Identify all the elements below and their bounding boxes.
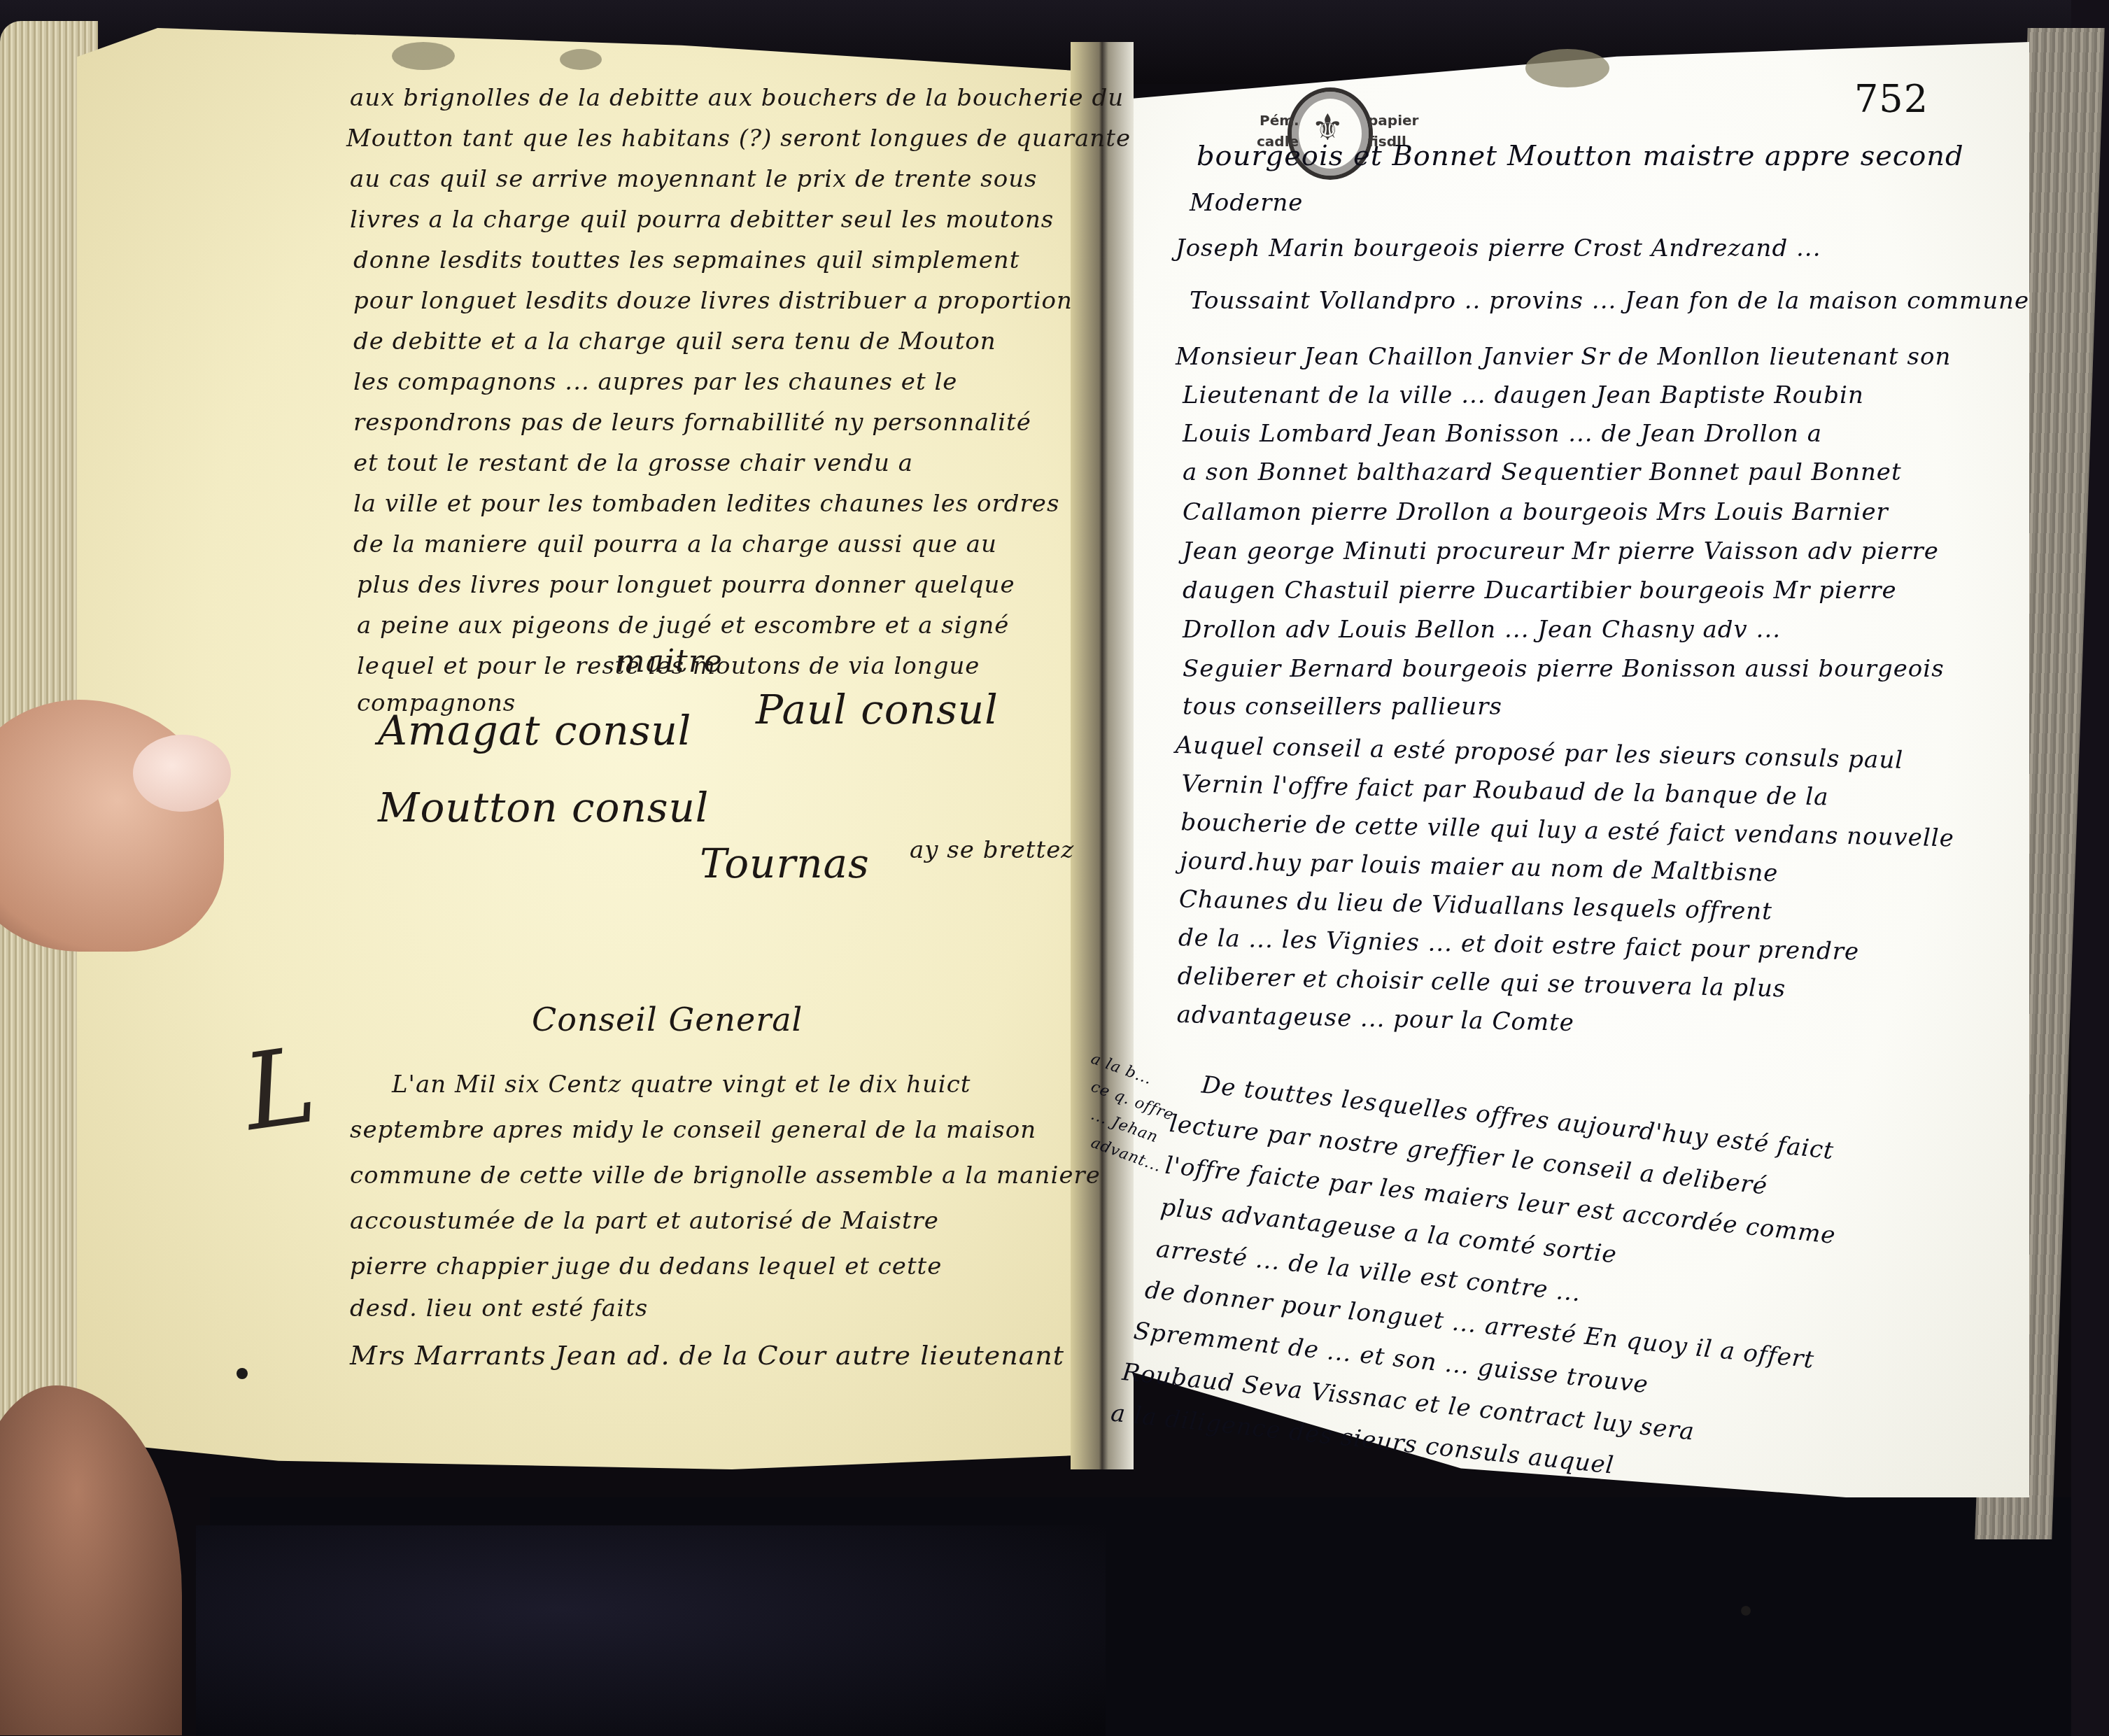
text-line: desd. lieu ont esté faits: [350, 1294, 648, 1322]
stamp-label: papier: [1368, 112, 1418, 129]
book-gutter: [1071, 42, 1134, 1469]
text-line: Louis Lombard Jean Bonisson ... de Jean …: [1183, 420, 1822, 448]
paper-damage: [392, 42, 455, 70]
text-line: septembre apres midy le conseil general …: [350, 1116, 1036, 1144]
text-line: aux brignolles de la debitte aux boucher…: [350, 84, 1124, 112]
text-line: Moutton tant que les habitans (?) seront…: [346, 125, 1131, 153]
text-line: a peine aux pigeons de jugé et escombre …: [357, 612, 1009, 640]
text-line: la ville et pour les tombaden ledites ch…: [353, 490, 1059, 518]
dark-cloth: [196, 1525, 1106, 1736]
text-line: Toussaint Vollandpro .. provins ... Jean…: [1190, 287, 2029, 315]
worm-hole: [237, 1368, 248, 1379]
text-line: Callamon pierre Drollon a bourgeois Mrs …: [1183, 498, 1889, 526]
text-line: Monsieur Jean Chaillon Janvier Sr de Mon…: [1176, 343, 1951, 371]
text-line: a son Bonnet balthazard Sequentier Bonne…: [1183, 458, 1902, 486]
text-line: Jean george Minuti procureur Mr pierre V…: [1183, 537, 1939, 565]
stamp-label: Pém.: [1260, 112, 1299, 129]
section-heading: Conseil General: [532, 1001, 803, 1038]
header-line: Moderne: [1190, 189, 1303, 217]
text-line: L'an Mil six Centz quatre vingt et le di…: [392, 1071, 971, 1099]
worm-hole: [1741, 1606, 1751, 1616]
text-line: donne lesdits touttes les sepmaines quil…: [353, 246, 1020, 274]
text-line: accoustumée de la part et autorisé de Ma…: [350, 1207, 939, 1235]
page-number: 752: [1854, 77, 1928, 121]
text-line: plus des livres pour longuet pourra donn…: [357, 571, 1015, 599]
text-line: respondrons pas de leurs fornabillité ny…: [353, 409, 1031, 437]
text-line: Lieutenant de la ville ... daugen Jean B…: [1183, 381, 1864, 409]
text-line: tous conseillers pallieurs: [1183, 693, 1502, 721]
text-line: livres a la charge quil pourra debitter …: [350, 206, 1054, 234]
text-line: pierre chappier juge du dedans lequel et…: [350, 1252, 942, 1280]
signature: ay se brettez: [910, 836, 1074, 864]
text-line: pour longuet lesdits douze livres distri…: [353, 287, 1073, 315]
signature: Moutton consul: [378, 784, 709, 831]
signature: Amagat consul: [378, 707, 691, 754]
text-line: au cas quil se arrive moyennant le prix …: [350, 165, 1038, 193]
text-line: de debitte et a la charge quil sera tenu…: [353, 327, 996, 355]
paper-damage: [1525, 49, 1609, 87]
paper-damage: [560, 49, 602, 70]
text-line: daugen Chastuil pierre Ducartibier bourg…: [1183, 577, 1897, 605]
signature: Paul consul: [756, 686, 999, 733]
signature: maitre: [616, 644, 723, 679]
thumbnail: [133, 735, 231, 812]
text-line: les compagnons ... aupres par les chaune…: [353, 368, 957, 396]
text-line: de la maniere quil pourra a la charge au…: [353, 530, 997, 558]
text-line: commune de cette ville de brignolle asse…: [350, 1162, 1101, 1190]
header-line: bourgeois et Bonnet Moutton maistre appr…: [1197, 140, 1964, 172]
text-line: Mrs Marrants Jean ad. de la Cour autre l…: [350, 1340, 1064, 1371]
signature: Tournas: [700, 840, 870, 887]
text-line: et tout le restant de la grosse chair ve…: [353, 449, 913, 477]
text-line: Seguier Bernard bourgeois pierre Bonisso…: [1183, 655, 1945, 683]
text-line: Drollon adv Louis Bellon ... Jean Chasny…: [1183, 616, 1781, 644]
text-line: Joseph Marin bourgeois pierre Crost Andr…: [1176, 234, 1821, 262]
